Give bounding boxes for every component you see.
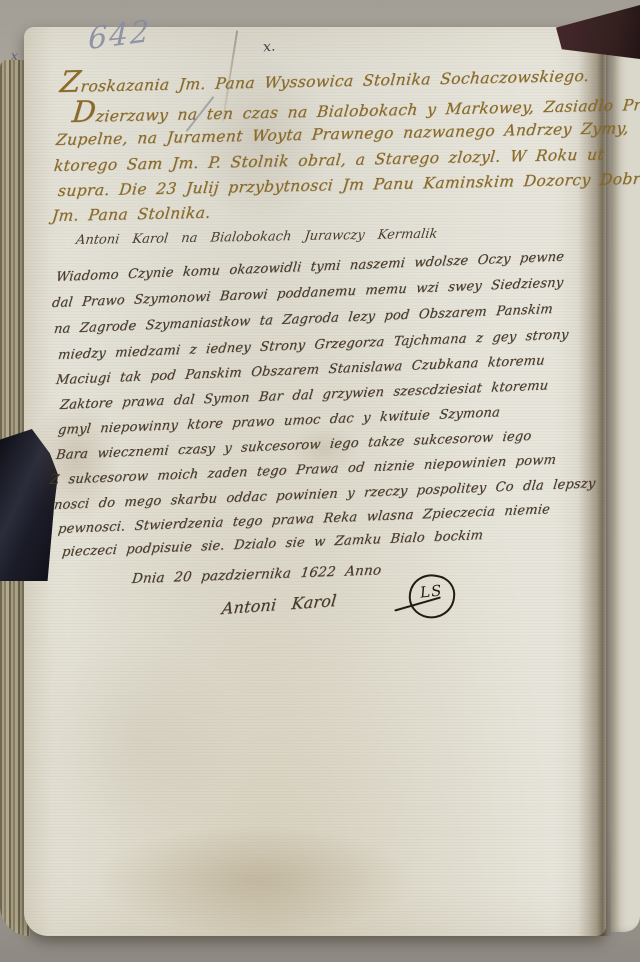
facing-page-sliver bbox=[611, 32, 640, 932]
margin-x-mark: x bbox=[11, 49, 18, 63]
manuscript-line-header-6: Jm. Pana Stolnika. bbox=[51, 204, 212, 225]
manuscript-photo: 642 x x. Zroskazania Jm. Pana Wyssowica … bbox=[0, 0, 640, 962]
top-center-x-mark: x. bbox=[262, 38, 276, 55]
seal-flourish: LS bbox=[395, 571, 460, 625]
